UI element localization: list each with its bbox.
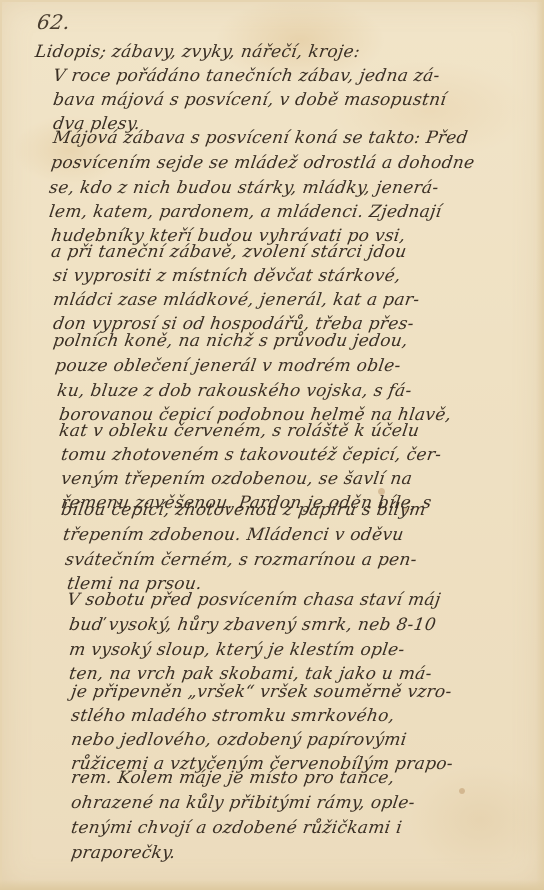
text-line: Májová zábava s posvícení koná se takto:… bbox=[52, 130, 469, 147]
text-line: buď vysoký, hůry zbavený smrk, neb 8-10 bbox=[68, 617, 437, 634]
text-line: bava májová s posvícení, v době masopust… bbox=[52, 92, 447, 109]
text-line: ku, bluze z dob rakouského vojska, s fá- bbox=[56, 383, 413, 400]
text-line: nebo jedlového, ozdobený papírovými bbox=[70, 732, 408, 749]
ink-stain bbox=[459, 788, 465, 794]
text-line: ten, na vrch pak skobami, tak jako u má- bbox=[68, 666, 433, 683]
page-edge-right bbox=[536, 0, 544, 890]
text-line: V roce pořádáno tanečních zábav, jedna z… bbox=[52, 68, 441, 85]
text-line: svátečním černém, s rozmarínou a pen- bbox=[64, 552, 418, 569]
text-line: rem. Kolem máje je místo pro tance, bbox=[70, 770, 396, 787]
text-line: se, kdo z nich budou stárky, mládky, jen… bbox=[48, 180, 440, 197]
text-line: veným třepením ozdobenou, se šavlí na bbox=[60, 471, 413, 488]
text-line: bílou čepicí, zhotovenou z papíru s bílý… bbox=[60, 502, 427, 519]
text-line: m vysoký sloup, který je klestím ople- bbox=[68, 642, 406, 659]
section-heading: Lidopis; zábavy, zvyky, nářečí, kroje: bbox=[34, 44, 361, 61]
text-line: a při taneční zábavě, zvolení stárci jdo… bbox=[50, 244, 408, 261]
text-line: praporečky. bbox=[70, 845, 177, 862]
page-number: 62. bbox=[36, 12, 72, 32]
page-edge-bottom bbox=[0, 880, 544, 890]
text-line: polních koně, na nichž s průvodu jedou, bbox=[52, 333, 409, 350]
text-line: tenými chvojí a ozdobené růžičkami i bbox=[70, 820, 403, 837]
text-line: V sobotu před posvícením chasa staví máj bbox=[66, 592, 442, 609]
text-line: si vyprositi z místních děvčat stárkové, bbox=[52, 268, 402, 285]
text-line: pouze oblečení jenerál v modrém oble- bbox=[54, 358, 402, 375]
text-line: třepením zdobenou. Mládenci v oděvu bbox=[62, 527, 405, 544]
text-line: ohrazené na kůly přibitými rámy, ople- bbox=[70, 795, 416, 812]
text-line: stlého mladého stromku smrkového, bbox=[70, 708, 396, 725]
text-line: tomu zhotoveném s takovoutéž čepicí, čer… bbox=[60, 447, 442, 464]
text-line: lem, katem, pardonem, a mládenci. Zjedna… bbox=[48, 204, 443, 221]
text-line: kat v obleku červeném, s roláště k účelu bbox=[58, 423, 420, 440]
text-line: mládci zase mládkové, jenerál, kat a par… bbox=[52, 292, 420, 309]
text-line: posvícením sejde se mládež odrostlá a do… bbox=[50, 155, 476, 172]
manuscript-page: 62. Lidopis; zábavy, zvyky, nářečí, kroj… bbox=[0, 0, 544, 890]
text-line: je připevněn „vršek“ vršek souměrně vzro… bbox=[70, 684, 453, 701]
